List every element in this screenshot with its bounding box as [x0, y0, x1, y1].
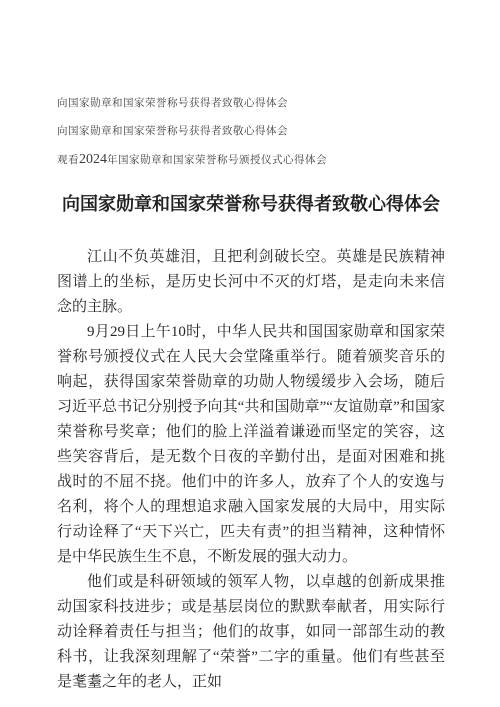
document-title: 向国家勋章和国家荣誉称号获得者致敬心得体会 [57, 189, 445, 219]
document-body: 江山不负英雄泪，且把利剑破长空。英雄是民族精神图谱上的坐标，是历史长河中不灭的灯… [57, 245, 445, 695]
body-paragraph-2: 9月29日上午10时，中华人民共和国国家勋章和国家荣誉称号颁授仪式在人民大会堂隆… [57, 320, 445, 570]
reference-heading-3-suffix: 年国家勋章和国家荣誉称号颁授仪式心得体会 [107, 155, 327, 166]
reference-heading-2: 向国家勋章和国家荣誉称号获得者致敬心得体会 [57, 118, 445, 146]
document-page: 向国家勋章和国家荣誉称号获得者致敬心得体会 向国家勋章和国家荣誉称号获得者致敬心… [0, 0, 500, 707]
body-paragraph-1: 江山不负英雄泪，且把利剑破长空。英雄是民族精神图谱上的坐标，是历史长河中不灭的灯… [57, 245, 445, 320]
reference-heading-1: 向国家勋章和国家荣誉称号获得者致敬心得体会 [57, 90, 445, 118]
body-paragraph-3: 他们或是科研领域的领军人物，以卓越的创新成果推动国家科技进步；或是基层岗位的默默… [57, 570, 445, 695]
reference-heading-3-year: 2024 [79, 152, 107, 167]
reference-heading-3-prefix: 观看 [57, 155, 79, 166]
reference-heading-list: 向国家勋章和国家荣誉称号获得者致敬心得体会 向国家勋章和国家荣誉称号获得者致敬心… [57, 90, 445, 175]
reference-heading-3: 观看2024年国家勋章和国家荣誉称号颁授仪式心得体会 [57, 146, 445, 175]
